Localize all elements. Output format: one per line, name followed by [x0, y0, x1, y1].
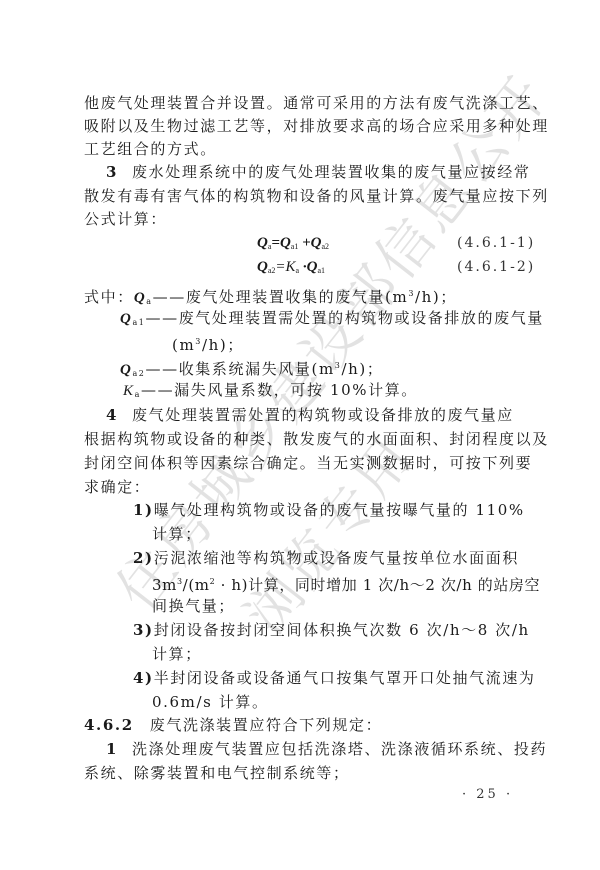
def-desc: ——废气处理装置收集的废气量(m	[153, 288, 409, 306]
definition-qa1: Qa1——废气处理装置需处置的构筑物或设备排放的废气量	[120, 308, 516, 333]
subitem-text: 封闭设备按封闭空间体积换气次数 6 次/h～8 次/h	[154, 621, 530, 639]
subitem-text: · h)计算，同时增加 1 次/h～2 次/h 的站房空	[215, 576, 540, 594]
item-number: 4	[106, 405, 118, 425]
eq-op: ·Q	[303, 259, 318, 275]
subitem-number: 1)	[133, 500, 154, 520]
paragraph-line: 吸附以及生物过滤工艺等，对排放要求高的场合应采用多种处理	[84, 116, 516, 136]
def-tail: /h)；	[202, 336, 244, 354]
def-cont: (m	[172, 336, 195, 354]
item-4-6-2-1-line1: 1洗涤处理废气装置应包括洗涤塔、洗涤液循环系统、投药	[84, 739, 516, 759]
subitem-number: 2)	[133, 548, 154, 568]
eq-subscript: a	[296, 266, 300, 275]
def-desc: ——废气处理装置需处置的构筑物或设备排放的废气量	[146, 309, 544, 327]
equation-2-number: (4.6.1-2)	[457, 257, 535, 277]
definition-qa1-cont: (m3/h)；	[172, 332, 516, 355]
subitem-text: 曝气处理构筑物或设备的废气量按曝气量的 110%	[154, 501, 525, 519]
subitem-2-line3: 间换气量；	[152, 596, 516, 616]
section-number: 4.6.2	[84, 715, 134, 735]
item-number: 1	[106, 739, 118, 759]
section-title: 废气洗涤装置应符合下列规定：	[150, 716, 382, 734]
eq-symbol: Q	[257, 259, 268, 275]
eq-symbol: Q	[257, 235, 268, 251]
def-tail: /h)；	[415, 288, 457, 306]
subitem-text: 半封闭设备或设备通气口按集气罩开口处抽气流速为	[154, 669, 536, 687]
item-text: 废气处理装置需处置的构筑物或设备排放的废气量应	[132, 406, 514, 424]
eq-subscript: a1	[291, 242, 299, 251]
item-4-line1: 4废气处理装置需处置的构筑物或设备排放的废气量应	[84, 405, 516, 425]
eq-rhs: =Q	[271, 235, 290, 251]
equation-2: Qa2=Ka ·Qa1	[257, 257, 325, 281]
subitem-3-line2: 计算；	[152, 644, 516, 664]
subitem-1-line1: 1)曝气处理构筑物或设备的废气量按曝气量的 110%	[133, 500, 516, 520]
subitem-number: 3)	[133, 620, 154, 640]
item-text: 废水处理系统中的废气处理装置收集的废气量应按经常	[132, 163, 530, 181]
superscript: 3	[195, 337, 202, 346]
def-symbol: Q	[120, 311, 132, 327]
item-3-line3: 公式计算：	[84, 209, 516, 229]
subitem-4-line1: 4)半封闭设备或设备通气口按集气罩开口处抽气流速为	[133, 668, 516, 688]
page-number: · 25 ·	[462, 787, 513, 802]
where-prefix: 式中：	[84, 288, 134, 306]
item-4-line2: 根据构筑物或设备的种类、散发废气的水面面积、封闭程度以及	[84, 429, 516, 449]
subitem-2-line1: 2)污泥浓缩池等构筑物或设备废气量按单位水面面积	[133, 548, 516, 568]
subitem-text: /(m	[183, 576, 210, 594]
item-3-line2: 散发有毒有害气体的构筑物和设备的风量计算。废气量应按下列	[84, 186, 516, 206]
paragraph-line: 工艺组合的方式。	[84, 139, 516, 159]
def-symbol: Q	[134, 290, 146, 306]
subitem-text: 污泥浓缩池等构筑物或设备废气量按单位水面面积	[154, 549, 519, 567]
subitem-2-line2: 3m3/(m2 · h)计算，同时增加 1 次/h～2 次/h 的站房空	[152, 572, 516, 595]
def-desc: ——漏失风量系数，可按 10%计算。	[141, 381, 418, 399]
subitem-number: 4)	[133, 668, 154, 688]
subitem-1-line2: 计算；	[152, 524, 516, 544]
document-page: 住房城乡建设部信息公开 浏览专用 他废气处理装置合并设置。通常可采用的方法有废气…	[0, 0, 600, 870]
subitem-3-line1: 3)封闭设备按封闭空间体积换气次数 6 次/h～8 次/h	[133, 620, 516, 640]
eq-rhs: =K	[275, 259, 295, 275]
item-number: 3	[106, 162, 118, 182]
eq-subscript: a2	[322, 242, 330, 251]
def-subscript: a2	[132, 369, 145, 378]
def-symbol: K	[123, 383, 135, 399]
item-4-line3: 封闭空间体积等因素综合确定。当无实测数据时，可按下列要	[84, 453, 516, 473]
item-4-6-2-1-line2: 系统、除雾装置和电气控制系统等；	[84, 763, 516, 783]
def-symbol: Q	[120, 362, 132, 378]
item-4-line4: 求确定：	[84, 477, 516, 497]
paragraph-line: 他废气处理装置合并设置。通常可采用的方法有废气洗涤工艺、	[84, 93, 516, 113]
def-subscript: a1	[132, 318, 145, 327]
def-tail: /h)；	[341, 360, 383, 378]
subitem-4-line2: 0.6m/s 计算。	[152, 692, 516, 712]
superscript: 3	[408, 289, 415, 298]
equation-1: Qa=Qa1 +Qa2	[257, 233, 329, 257]
subitem-text: 3m	[152, 576, 177, 594]
section-4-6-2-heading: 4.6.2废气洗涤装置应符合下列规定：	[84, 715, 516, 735]
equation-1-number: (4.6.1-1)	[457, 233, 535, 253]
item-text: 洗涤处理废气装置应包括洗涤塔、洗涤液循环系统、投药	[132, 740, 547, 758]
item-3-line1: 3废水处理系统中的废气处理装置收集的废气量应按经常	[84, 162, 516, 182]
def-desc: ——收集系统漏失风量(m	[146, 360, 335, 378]
eq-subscript: a1	[317, 266, 325, 275]
eq-op: +Q	[302, 235, 321, 251]
definition-ka: Ka——漏失风量系数，可按 10%计算。	[123, 380, 516, 405]
